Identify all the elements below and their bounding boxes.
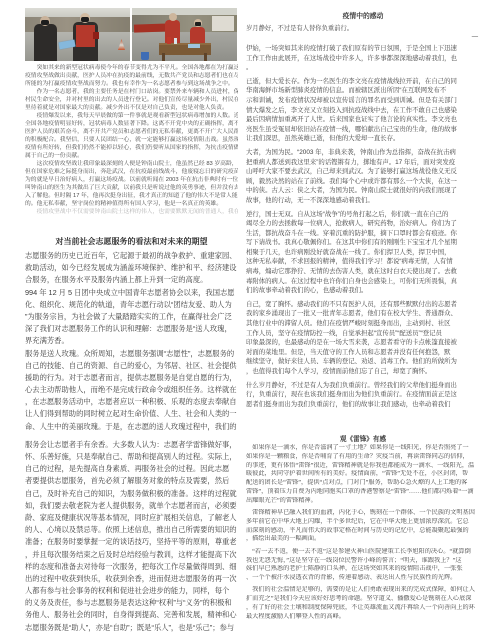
moved-text-line: 病毒，煽动它那狰狞、无情的去伤害人类，就在这时白衣天使出现了。去救 bbox=[246, 267, 486, 277]
moved-text-line: 工作工作由此展开，在这场战役中许多人，许多事都深深地感动着我们，也 bbox=[246, 54, 486, 64]
section-text-line: 命、人生中的美丽玫瑰。于是，在志愿的送人玫瑰过程中，我们的 bbox=[25, 421, 239, 433]
registration-sheet bbox=[188, 44, 200, 48]
leifeng-text-line: 最大程度激励人们攀登人性的高峰。 bbox=[246, 613, 486, 622]
section-text-line: 化、组织化、规范化的轨道，青年志愿行动以“团结友爱、助人为 bbox=[25, 299, 239, 311]
section-text-line: 自己的技能、自己的资源、自己的爱心，为邻居、社区、社会提供 bbox=[25, 360, 239, 372]
moved-text-line: 自己，宽了胸怀。感动我们的不只有医护人员，还有那些默默付出的志愿者 bbox=[246, 300, 486, 310]
essay-text-line: 疫情爆发以来，我每天早晨做的第一件事就是观看新型冠状病毒增加的人数。近日， bbox=[25, 112, 238, 120]
moved-text-line: 亮医生虽受冤屈却依旧站在疫情一线，哪怕献出自己宝贵的生命，他的故事 bbox=[246, 125, 486, 135]
section-text-line: 样的态度和准备去对待每一次服务，把每次工作尽量做得周到、细 bbox=[25, 561, 239, 573]
volunteer-service-section-title: 对当前社会志愿服务的看法和对未来的期望 bbox=[25, 236, 238, 247]
red-thermos bbox=[167, 37, 171, 44]
villager-face-mask bbox=[41, 20, 49, 25]
leifeng-text-line: 暖彼此，共同守护着世间所有的美好。疫情面前，“雷锋”无处不在，小区封闭，帮 bbox=[246, 470, 486, 479]
document-page: 突如其来的新型冠状病毒使今年的春节变得尤为不平凡。全国各地都在为打赢这场疫情攻坚… bbox=[0, 0, 486, 636]
essay-text-line: 的。他无私奉献，坚守岗位的精神值得所有国人学习，他是一名真正的英雄。 bbox=[25, 200, 238, 208]
water-bottle bbox=[174, 38, 177, 44]
moved-text-line: 大者，为国为民。“2003 年，非典来袭，钟南山作为总指挥，奋战在抗击病 bbox=[246, 148, 486, 158]
section-text-line: ”为服务宗旨，为社会做了大量踏踏实实的工作，在赢得社会广泛 bbox=[25, 311, 239, 323]
leifeng-text-line: “若一去不返，便一去不返”这是参建火神山医院建策工长李旭阳的决心。“就算倒 bbox=[246, 548, 486, 557]
moved-text-line: 最后因病情加重离开了人世。后来国家也证实了他言论的真实性。李文亮也 bbox=[246, 115, 486, 125]
section-text-line: 务他人、服务社会的同时，自身得到提高、完善和发展，精神和心 bbox=[25, 609, 239, 621]
leifeng-text-line: 多年前它在中华大地上闪耀，半个多世纪后，它在中华大地上更加浓厚深沉。它总 bbox=[246, 518, 486, 527]
moved-text-line: 华南海鲜市场新型肺炎疫情的信息。而被辖区派出所因“在互联网发布不 bbox=[246, 86, 486, 96]
moved-text-line: 工作人员，坚守在疫情防控一线，自觉承担起“宣传员”“配送员”“登记员 bbox=[246, 329, 486, 339]
moved-text-line: 相聚于几天，也许病刚没好就奋战在一线了。你们捍卫人类，捍卫中国， bbox=[246, 248, 486, 258]
leifeng-text-line: 而深刻的感动，平凡而伟大的故事定格在时间与历史的记忆中，总能凝聚起最强的 bbox=[246, 527, 486, 536]
essay-text-line: 疫情攻坚战做出贡献，医护人员冲在抗疫的最前线，无数共产党员和志愿者们也在尽其 bbox=[25, 72, 238, 80]
leifeng-text-line: 雷锋”，顶着压力自费为内地同胞买口罩的香港警察是“雷锋”……他们都闪烁着“一滴 bbox=[246, 488, 486, 497]
photo-strip bbox=[25, 8, 237, 61]
essay-text-line: 属于自己的一份贡献。 bbox=[25, 152, 238, 160]
moved-text-line: 印象最深的，也最感动的是在一场大雪来袭，志愿者看守的卡点帐篷直接被 bbox=[246, 338, 486, 348]
essay-text-line: 这次疫情攻坚战让我印象最深刻的人便是钟南山院士，他虽然已经 83 岁高龄， bbox=[25, 160, 238, 168]
leifeng-text-line: 我也无怨无悔，”这是坚守在一线岗位民警许小峰的誓言；“明天，谁跟我上？”这 bbox=[246, 557, 486, 566]
photo-checkpoint-table bbox=[132, 8, 237, 61]
moved-text-line: 其他行业中的滞留人员。他们在疫情严峻时刻挺身而出，主动到村、社区 bbox=[246, 319, 486, 329]
leifeng-text-line: 如果你是一颗粮食，你是否哺育了有用的生命？灾疫当前，再读雷锋同志的信仰， bbox=[246, 453, 486, 462]
epigraph-line: 岁月静好，不过是有人替你负重前行。 bbox=[246, 23, 486, 32]
moved-text-line: 毒附体的病人。在这过程中也许你们自身也会感染上，可你们无所畏惧，真 bbox=[246, 277, 486, 287]
volunteer-face-mask bbox=[81, 17, 89, 22]
table-leg bbox=[204, 53, 207, 61]
leifeng-text-line: 我们的社会温情是足够的，需要的是让人们勇敢表现出来的完成式保障，如何让人 bbox=[246, 586, 486, 595]
leifeng-text-line: 配送的团长是“雷锋”，提供“点对点，门对门”服务，帮助心急火燎的人上工地的客 bbox=[246, 479, 486, 488]
section-text-line: 怀、乐善好施，只是奉献自己、帮助和提高别人的过程。实际上， bbox=[25, 451, 239, 463]
epigraph-dash: — bbox=[246, 33, 478, 40]
moved-text-line: 山呼吁大家不要去武汉，自己却来到武汉。为了能够打赢这场战役他义无反 bbox=[246, 167, 486, 177]
moved-text-line: 写下请战书。我真心敬佩你们。在这其中你们有的刚刚生下宝宝才几个星期 bbox=[246, 238, 486, 248]
essay-text-line: 突如其来的新型冠状病毒使今年的春节变得尤为不平凡。全国各地都在为打赢这场 bbox=[25, 64, 238, 72]
essay-text-line: 入了解他。但时隔 17 年，他再次挺身出征，我才真正的知道了他的伟大不是常人能及 bbox=[25, 192, 238, 200]
section-text-line: 服务是送人玫瑰。众所周知，志愿服务强调“志愿性”，志愿服务的 bbox=[25, 348, 239, 360]
section-text-line: ，并且每次服务结束之后及时总结经验与教训，这样才能提高下次 bbox=[25, 549, 239, 561]
epidemic-moved-title: 疫情中的感动 bbox=[246, 10, 480, 20]
section-text-line: 994 年 12 月 5 日团中央成立中国青年志愿者协会以来，我国志愿 bbox=[25, 287, 239, 299]
seated-volunteer-face-mask bbox=[195, 22, 201, 26]
moved-text-line: 伊始，一场突如其来的疫情打破了我们原有的节日氛围，于是全国上下迅速 bbox=[246, 44, 486, 54]
essay-text-line: 作为一名志愿者，我的主要任务是在村门口站岗。要禁外来车辆和人员进村，保护 bbox=[25, 88, 238, 96]
essay-text-line: 疫情攻坚战中不仅需要钟南山院士这样的伟人，也需要默默无闻的普通人，我在此次 bbox=[25, 208, 238, 216]
essay-text-line: 所能的为打赢疫情攻坚战而努力。我也有幸作为一名志愿者参与到这场战争之中。 bbox=[25, 80, 238, 88]
moved-text-line: 。 bbox=[246, 63, 486, 73]
moved-text-line: 生活，都抗战奋斗在一线。穿着沉重的防护服，摘下口罩时都会有痕迹。你 bbox=[246, 229, 486, 239]
section-text-line: 出的过程中收获到快乐，收获到余香，进而促进志愿服务的再一次 bbox=[25, 573, 239, 585]
section-text-line: 龄、家庭及健康状况等基本情况，同时应扩展相关信息，了解老人 bbox=[25, 512, 239, 524]
section-text-line: 救助活动，如今已经发展成为涵盖环境保护、维护和平、经济建设 bbox=[25, 262, 239, 274]
essay-text-line: 疫情有所好转，但我们仍然不能掉以轻心，我们仍要听从国家的指挥，为抗击疫情做出 bbox=[25, 144, 238, 152]
essay-text-line: 全国各地疫情明显好转，冠状病毒人数显著下降。这离不开党中央的正确指挥，离不开 bbox=[25, 120, 238, 128]
section-text-line: 界充满芳香。 bbox=[25, 335, 239, 347]
leifeng-text-line: 如果你是一滴水，你是否滋润了一寸土地？如果你是一线阳光，你是否照亮了一 bbox=[246, 444, 486, 453]
section-text-line: 援助的行为。对于志愿者而言，提供志愿服务是自觉自愿的行为， bbox=[25, 372, 239, 384]
essay-text-line: 医护人员的艰苦奋斗，离不开共产党员和志愿者们的无私奉献，更离不开广大人民群众 bbox=[25, 128, 238, 136]
leifeng-reflection-body: 如果你是一滴水，你是否滋润了一寸土地？如果你是一线阳光，你是否照亮了一如果你是一… bbox=[246, 444, 486, 622]
blue-bucket bbox=[141, 52, 149, 60]
moved-text-line: 故事，他的行动，无一不深深地感动着我们。 bbox=[246, 196, 486, 206]
moved-text-line: 什么岁月静好，不过是有人为我们负重前行。曾经我们的父辈他们挺身而出 bbox=[246, 381, 486, 391]
standing-volunteer-head bbox=[169, 13, 177, 21]
moved-text-line: 情大爆发之后，李文亮又立刻投入到抗疫战线中去，在工作不敢自己也感染 bbox=[246, 106, 486, 116]
section-text-line: 人都有参与社会事务的权利和促进社会进步的能力，同样，每个 bbox=[25, 585, 239, 597]
section-text-line: 的人、心境以及禁忌等。依照上述信息，推出自己所需要的知识的 bbox=[25, 524, 239, 536]
leifeng-text-line: 雷锋精神早已融入我们的血液，内化于心，镌刻在一个群体、一个民族的文明基因 bbox=[246, 509, 486, 518]
section-text-line: 志愿服务的历史已近百年，它起源于最初的战争救护、重建家园、 bbox=[25, 250, 239, 262]
moved-text-line: 对面的菜地里。但是，当天值守的工作人员和志愿者并没有任何抱怨，默 bbox=[246, 348, 486, 358]
moved-text-line: 中的侠。古人云：侠之大者，为国为民。钟南山院士就很好的向我们展现了 bbox=[246, 186, 486, 196]
essay-text-line: 里待着就是对国家最大的贡献。减少外出不仅是对自己负责，也是对他人负责。 bbox=[25, 104, 238, 112]
leifeng-text-line: 妹们早已熟悉的老护士陈静的口头禅，在这场突如其来的疫情阻击战中，一张张 bbox=[246, 565, 486, 574]
section-text-line: 合服务，在服务水平及服务内涵上都上升到一定的高度。 bbox=[25, 274, 239, 286]
leifeng-reflection-title: 观《雷锋》有感 bbox=[246, 433, 480, 443]
section-text-line: 者要提供志愿服务，首先必须了解服务对象的特点及需要，然后 bbox=[25, 475, 239, 487]
volunteer-essay-block: 突如其来的新型冠状病毒使今年的春节变得尤为不平凡。全国各地都在为打赢这场疫情攻坚… bbox=[25, 64, 238, 216]
villager-figure bbox=[34, 24, 57, 61]
moved-text-line: 这种无私奉献，不求回报的精神，值得我们学习！都说“病毒无情，人有情 bbox=[246, 257, 486, 267]
moved-text-line: 已逝，但大爱长存。作为一名医生的李文亮在疫情战线拉开前，在自己的同 bbox=[246, 77, 486, 87]
moved-text-line: 把重病人都送到我这里来”的话铿锵有力，掷地有声。17 年后，面对突发疫 bbox=[246, 158, 486, 168]
section-text-line: 服务会让志愿者手有余香。大多数人认为：志愿者学雷锋做好事， bbox=[25, 439, 239, 451]
leifeng-text-line: 出耀眼光芒”的雷锋精神。 bbox=[246, 497, 486, 506]
section-text-line: 志愿服务既是“助人”，亦是“自助”；既是“乐人”，也是“乐己”；参与 bbox=[25, 622, 239, 634]
red-armband bbox=[93, 32, 99, 39]
leifeng-text-line: 扩而充之”是我们今天应该好好思考的命题。坚守道义、播撒爱心是镌刻在人心底深 bbox=[246, 595, 486, 604]
moved-text-line: 竭尽全力的去拯救每一位病人，抢救病人，研究药物，治好病人。你们为了 bbox=[246, 219, 486, 229]
epidemic-moved-body: 伊始，一场突如其来的疫情打破了我们原有的节日氛围，于是全国上下迅速工作工作由此展… bbox=[246, 44, 486, 409]
leifeng-text-line: ，有了好的社会土壤和制度保障兜底，不让英雄流血又流汗再给人一个向善向上的环 bbox=[246, 604, 486, 613]
leifeng-text-line: 的事迹，更有体悟“雷锋”很近，雷锋精神就是你我也都能成为一滴水、一线阳光，温 bbox=[246, 462, 486, 471]
moved-text-line: 我的家乡涌现出了一批又一批青年志愿者，他们有在校大学生、普通群众、 bbox=[246, 309, 486, 319]
table-leg bbox=[162, 53, 165, 61]
moved-text-line: 顾，毅然决然的站在了前线。我们每个心中或许都有那么一个大侠，在这一 bbox=[246, 177, 486, 187]
section-text-line: 准备；在服务时要掌握一定的谈话技巧，坚持平等的原则，尊重老 bbox=[25, 536, 239, 548]
section-text-line: 自己的过程，是先提高自身素质、再服务社会的过程。因此志愿 bbox=[25, 463, 239, 475]
essay-text-line: 为的就是早日治好病人，打赢这场疫战。以前就听闻在 2003 年在抗击非典时有一位… bbox=[25, 176, 238, 184]
section-text-line: ，在志愿服务活动中，志愿者应以一种积极、乐观的态度去奉献自 bbox=[25, 396, 239, 408]
section-text-line: 让人们得到帮助的同时树立起对生命价值、人生、社会和人类的一 bbox=[25, 408, 239, 420]
essay-text-line: 叫钟南山的医生为其做出了巨大贡献，以前我只是听说过他的英勇事迹，但并没有去深 bbox=[25, 184, 238, 192]
section-text-line: 如，我们要去敬老院为老人提供服务，就单个志愿者而言，必须要 bbox=[25, 500, 239, 512]
essay-text-line: 但在国家危难之际挺身而出，奔赴武汉，在抗疫最前线战斗，他废寝忘日的研究疫苗， bbox=[25, 168, 238, 176]
moved-text-line: 继续坚守，做好来往人员、车辆的登记、劝返、消毒工作。他们的所做所为 bbox=[246, 357, 486, 367]
moved-text-line: 逆行，国士无双。自从这场“战争”的号角打起之后，你们就一直在自己的 bbox=[246, 210, 486, 220]
essay-text-line: 村民生命安全，并对村里的出去的人员进行登记。对他们宣传尽量减少外出，村民在家 bbox=[25, 96, 238, 104]
moved-text-line: 们的故事牵动着我们的心，也感动着我们。 bbox=[246, 286, 486, 296]
section-text-line: 心去主动帮助他人，而绝不是完成行政命令或组织任务。这样就在 bbox=[25, 384, 239, 396]
moved-text-line: 示和训诫，发布疫情状况却被以宣传谣言的罪名而受到训诫。但是有关部门 bbox=[246, 96, 486, 106]
photo-volunteer-handing-leaflet bbox=[25, 8, 130, 61]
essay-text-line: 的积极配合。我坚信，只要人民团结一心，就一定能够打赢这场疫情阻击战。虽然现在 bbox=[25, 136, 238, 144]
volunteer-service-section-body: 志愿服务的历史已近百年，它起源于最初的战争救护、重建家园、救助活动，如今已经发展… bbox=[25, 250, 239, 634]
section-text-line: 的义务及责任，参与志愿服务是表达这种“权利”与“义务”的积极和 bbox=[25, 597, 239, 609]
section-text-line: 自己，及时补充自己的知识，为服务做积极的准备。这样的过程就 bbox=[25, 488, 239, 500]
moved-text-line: 行，负重前行，现在也该我们挺身而出为他们负重前行。在疫情面前正是这 bbox=[246, 390, 486, 400]
moved-text-line: ，也值得我们每个人学习，疫情面前他们忘了自己，却宽了胸怀。 bbox=[246, 367, 486, 377]
section-text-line: 深了我们对志愿服务工作的认识和理解：志愿服务是“送人玫瑰， bbox=[25, 323, 239, 335]
moved-text-line: 让我们深思，虽然英雄已逝，但他的大爱却一直长存。 bbox=[246, 134, 486, 144]
house bbox=[212, 16, 234, 31]
leifeng-text-line: 、一个个被汗水浸透衣背的背影，传递着感动、表达出人性与民族性的光辉。 bbox=[246, 574, 486, 583]
moved-text-line: 愿者们挺身而出为我们负重前行，他们的故事让我们感动，也牵动着我们 bbox=[246, 400, 486, 410]
leifeng-text-line: ，描绘出最美的一幅画面。 bbox=[246, 535, 486, 544]
